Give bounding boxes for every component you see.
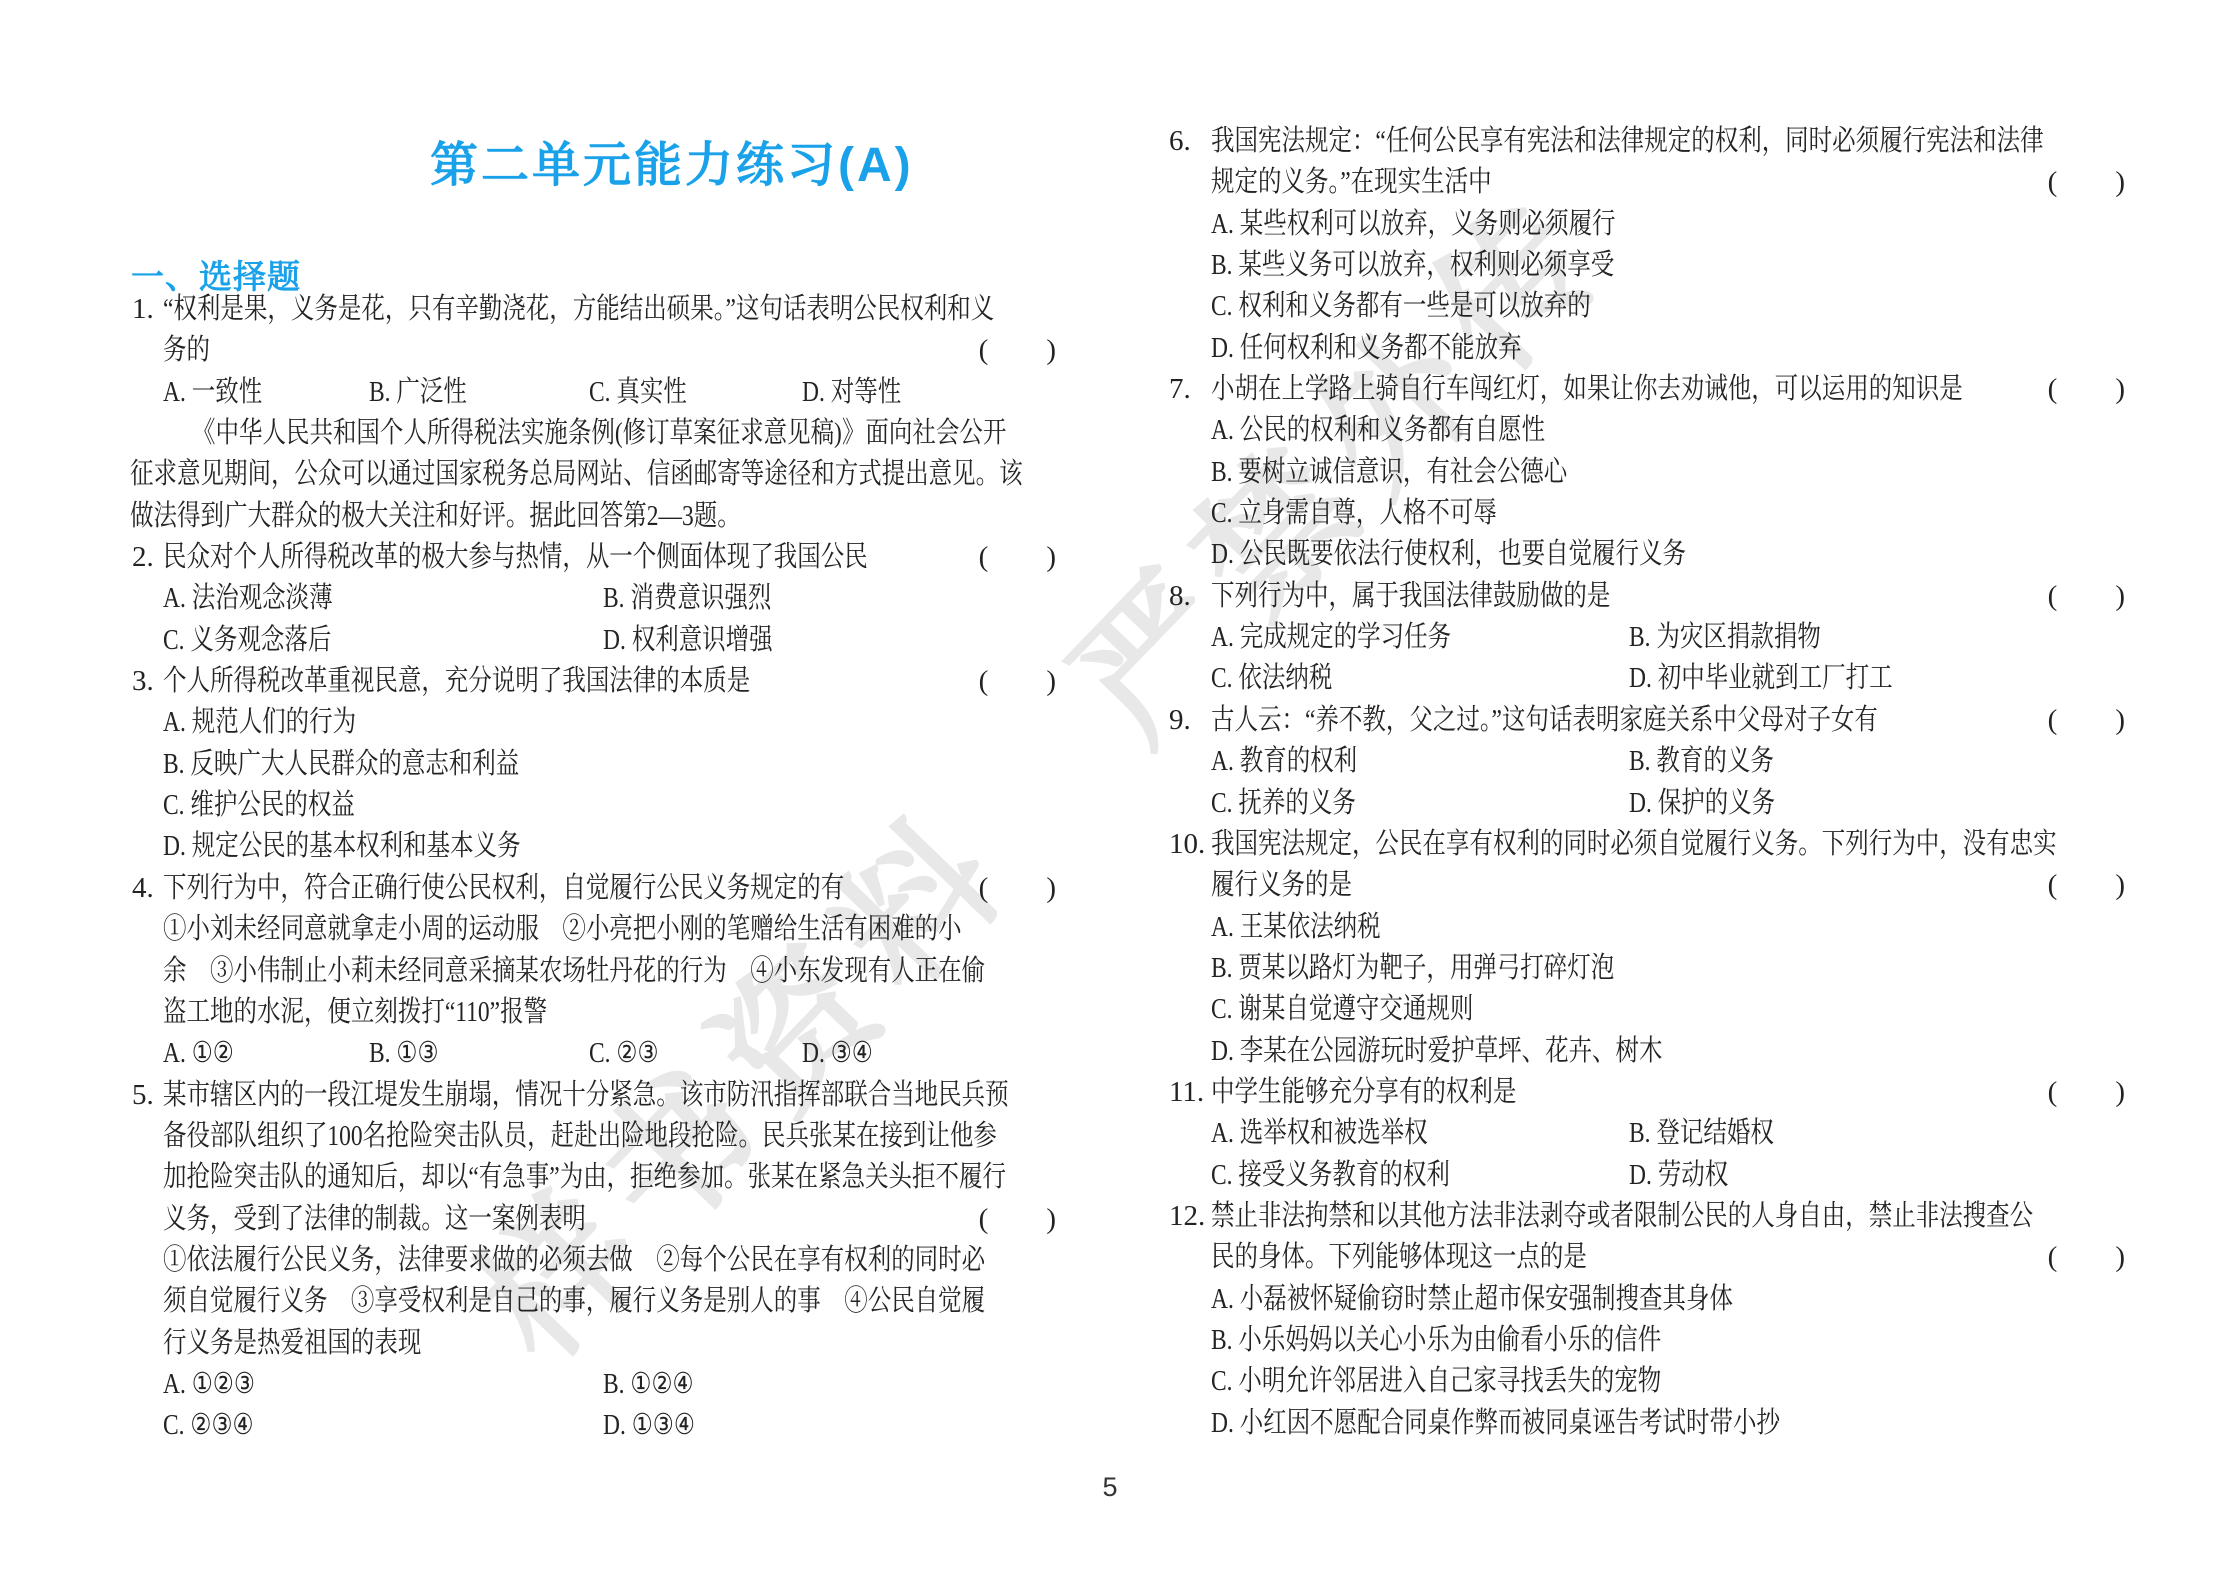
option-row: A. 某些权利可以放弃，义务则必须履行: [1167, 204, 2135, 245]
option-label: D. 规定公民的基本权利和基本义务: [163, 826, 521, 867]
line-content: 下列行为中，符合正确行使公民权利，自觉履行公民义务规定的有: [130, 868, 1066, 909]
text-line: 做法得到广大群众的极大关注和好评。据此回答第2—3题。: [130, 496, 741, 537]
option-label: A. 公民的权利和义务都有自愿性: [1211, 410, 1545, 451]
text-line: 行义务是热爱祖国的表现: [163, 1323, 421, 1364]
answer-brackets: ( ): [2048, 369, 2125, 410]
line-content: 做法得到广大群众的极大关注和好评。据此回答第2—3题。: [130, 496, 1066, 537]
line-content: B. 反映广大人民群众的意志和利益: [130, 744, 1066, 785]
question-continuation-line: ( )义务，受到了法律的制裁。这一案例表明: [130, 1199, 1066, 1240]
line-content: B. 贾某以路灯为靶子，用弹弓打碎灯泡: [1167, 948, 2135, 989]
line-content: 行义务是热爱祖国的表现: [130, 1323, 1066, 1364]
page-number: 5: [0, 1472, 2220, 1503]
question-continuation-line: ( )民的身体。下列能够体现这一点的是: [1167, 1237, 2135, 1278]
worksheet-page: { "title": "第二单元能力练习(A)", "section": "一、…: [0, 0, 2220, 1571]
question-number: 4.: [132, 868, 154, 909]
option-label: C. 维护公民的权益: [163, 785, 355, 826]
option-label: A. ①②: [163, 1033, 234, 1074]
question-continuation-line: 须自觉履行义务 ③享受权利是自己的事，履行义务是别人的事 ④公民自觉履: [130, 1281, 1066, 1322]
answer-brackets: ( ): [2048, 1072, 2125, 1113]
column-right: 6.我国宪法规定：“任何公民享有宪法和法律规定的权利，同时必须履行宪法和法律( …: [1167, 121, 2135, 1444]
options-row: C. 接受义务教育的权利D. 劳动权: [1167, 1155, 2135, 1196]
text-line: 中学生能够充分享有的权利是: [1211, 1072, 1516, 1113]
option: C. ②③: [589, 1033, 802, 1074]
options-row: C. 义务观念落后D. 权利意识增强: [130, 620, 1066, 661]
line-content: 须自觉履行义务 ③享受权利是自己的事，履行义务是别人的事 ④公民自觉履: [130, 1281, 1066, 1322]
option: C. ②③④: [163, 1405, 603, 1446]
option: B. 教育的义务: [1629, 741, 1808, 782]
text-line: 余 ③小伟制止小莉未经同意采摘某农场牡丹花的行为 ④小东发现有人正在偷: [163, 951, 985, 992]
line-content: A. 王某依法纳税: [1167, 907, 2135, 948]
answer-brackets: ( ): [2048, 700, 2125, 741]
option-label: A. 选举权和被选举权: [1211, 1113, 1428, 1154]
question-continuation-line: 盗工地的水泥，便立刻拨打“110”报警: [130, 992, 1066, 1033]
option: D. 劳动权: [1629, 1155, 1751, 1196]
option-row: C. 小明允许邻居进入自己家寻找丢失的宠物: [1167, 1361, 2135, 1402]
question-continuation-line: 行义务是热爱祖国的表现: [130, 1323, 1066, 1364]
option: D. 保护的义务: [1629, 783, 1809, 824]
option: B. ①②④: [603, 1364, 715, 1405]
line-content: ①依法履行公民义务，法律要求做的必须去做 ②每个公民在享有权利的同时必: [130, 1240, 1066, 1281]
option-row: B. 小乐妈妈以关心小乐为由偷看小乐的信件: [1167, 1320, 2135, 1361]
text-line: ①小刘未经同意就拿走小周的运动服 ②小亮把小刚的笔赠给生活有困难的小: [163, 909, 962, 950]
option: B. 广泛性: [369, 372, 589, 413]
question-number: 5.: [132, 1075, 154, 1116]
option-label: A. 某些权利可以放弃，义务则必须履行: [1211, 204, 1616, 245]
option-label: B. ①②④: [603, 1364, 694, 1405]
options-row: A. ①②③B. ①②④: [130, 1364, 1066, 1405]
line-content: 民的身体。下列能够体现这一点的是: [1167, 1237, 2135, 1278]
option-label: B. 贾某以路灯为靶子，用弹弓打碎灯泡: [1211, 948, 1614, 989]
option: A. 法治观念淡薄: [163, 578, 603, 619]
section-heading-multiple-choice: 一、选择题: [131, 251, 301, 298]
text-line: 须自觉履行义务 ③享受权利是自己的事，履行义务是别人的事 ④公民自觉履: [163, 1281, 985, 1322]
question-stem-line: ( )11.中学生能够充分享有的权利是: [1167, 1072, 2135, 1113]
option-label: C. 抚养的义务: [1211, 783, 1356, 824]
option-row: C. 谢某自觉遵守交通规则: [1167, 989, 2135, 1030]
option-row: A. 小磊被怀疑偷窃时禁止超市保安强制搜查其身体: [1167, 1279, 2135, 1320]
options-row: A. 一致性B. 广泛性C. 真实性D. 对等性: [130, 372, 1066, 413]
line-content: D. 规定公民的基本权利和基本义务: [130, 826, 1066, 867]
question-number: 10.: [1169, 824, 1205, 865]
option-label: D. 李某在公园游玩时爱护草坪、花卉、树木: [1211, 1031, 1663, 1072]
option: B. 登记结婚权: [1629, 1113, 1808, 1154]
line-content: D. 任何权利和义务都不能放弃: [1167, 328, 2135, 369]
answer-brackets: ( ): [979, 330, 1056, 371]
question-continuation-line: 余 ③小伟制止小莉未经同意采摘某农场牡丹花的行为 ④小东发现有人正在偷: [130, 951, 1066, 992]
options-row: A. 法治观念淡薄B. 消费意识强烈: [130, 578, 1066, 619]
question-number: 11.: [1169, 1072, 1204, 1113]
option-label: B. 反映广大人民群众的意志和利益: [163, 744, 519, 785]
answer-brackets: ( ): [979, 537, 1056, 578]
option-row: D. 李某在公园游玩时爱护草坪、花卉、树木: [1167, 1031, 2135, 1072]
option-label: B. 小乐妈妈以关心小乐为由偷看小乐的信件: [1211, 1320, 1661, 1361]
line-content: 务的: [130, 330, 1066, 371]
option: A. 教育的权利: [1211, 741, 1629, 782]
option-label: D. ①③④: [603, 1405, 695, 1446]
option-label: C. 真实性: [589, 372, 687, 413]
option-label: A. 完成规定的学习任务: [1211, 617, 1451, 658]
line-content: 履行义务的是: [1167, 865, 2135, 906]
option-label: B. 消费意识强烈: [603, 578, 771, 619]
text-line: 《中华人民共和国个人所得税法实施条例(修订草案征求意见稿)》面向社会公开: [192, 413, 1006, 454]
option-label: B. 要树立诚信意识，有社会公德心: [1211, 452, 1567, 493]
option-label: B. 为灾区捐款捐物: [1629, 617, 1821, 658]
option-row: A. 王某依法纳税: [1167, 907, 2135, 948]
question-stem-line: 12.禁止非法拘禁和以其他方法非法剥夺或者限制公民的人身自由，禁止非法搜查公: [1167, 1196, 2135, 1237]
option: C. 义务观念落后: [163, 620, 603, 661]
option-label: A. 一致性: [163, 372, 262, 413]
question-stem-line: ( )4.下列行为中，符合正确行使公民权利，自觉履行公民义务规定的有: [130, 868, 1066, 909]
line-content: C. 小明允许邻居进入自己家寻找丢失的宠物: [1167, 1361, 2135, 1402]
line-content: C. 立身需自尊，人格不可辱: [1167, 493, 2135, 534]
option-label: B. 广泛性: [369, 372, 467, 413]
option-label: A. 王某依法纳税: [1211, 907, 1381, 948]
line-content: 我国宪法规定，公民在享有权利的同时必须自觉履行义务。下列行为中，没有忠实: [1167, 824, 2135, 865]
option: D. 初中毕业就到工厂打工: [1629, 658, 1954, 699]
option-row: B. 反映广大人民群众的意志和利益: [130, 744, 1066, 785]
line-content: 民众对个人所得税改革的极大参与热情，从一个侧面体现了我国公民: [130, 537, 1066, 578]
option-label: C. 接受义务教育的权利: [1211, 1155, 1450, 1196]
question-stem-line: ( )8.下列行为中，属于我国法律鼓励做的是: [1167, 576, 2135, 617]
option: A. ①②③: [163, 1364, 603, 1405]
option-row: C. 维护公民的权益: [130, 785, 1066, 826]
line-content: 古人云：“养不教，父之过。”这句话表明家庭关系中父母对子女有: [1167, 700, 2135, 741]
option-label: D. ③④: [802, 1033, 873, 1074]
option-label: C. ②③: [589, 1033, 659, 1074]
text-line: ①依法履行公民义务，法律要求做的必须去做 ②每个公民在享有权利的同时必: [163, 1240, 985, 1281]
line-content: 中学生能够充分享有的权利是: [1167, 1072, 2135, 1113]
text-line: 小胡在上学路上骑自行车闯红灯，如果让你去劝诫他，可以运用的知识是: [1211, 369, 1963, 410]
line-content: 盗工地的水泥，便立刻拨打“110”报警: [130, 992, 1066, 1033]
option: A. 完成规定的学习任务: [1211, 617, 1629, 658]
option-label: D. 权利意识增强: [603, 620, 773, 661]
option-label: C. 依法纳税: [1211, 658, 1332, 699]
text-line: 务的: [163, 330, 210, 371]
answer-brackets: ( ): [979, 868, 1056, 909]
answer-brackets: ( ): [979, 661, 1056, 702]
option: A. ①②: [163, 1033, 369, 1074]
line-content: C. 谢某自觉遵守交通规则: [1167, 989, 2135, 1030]
answer-brackets: ( ): [2048, 1237, 2125, 1278]
option-label: D. 任何权利和义务都不能放弃: [1211, 328, 1522, 369]
line-content: B. 要树立诚信意识，有社会公德心: [1167, 452, 2135, 493]
answer-brackets: ( ): [2048, 576, 2125, 617]
question-number: 8.: [1169, 576, 1191, 617]
answer-brackets: ( ): [979, 1199, 1056, 1240]
option-row: D. 小红因不愿配合同桌作弊而被同桌诬告考试时带小抄: [1167, 1403, 2135, 1444]
question-continuation-line: ( )履行义务的是: [1167, 865, 2135, 906]
option-label: D. 对等性: [802, 372, 901, 413]
option-label: C. 权利和义务都有一些是可以放弃的: [1211, 286, 1591, 327]
option-label: D. 公民既要依法行使权利，也要自觉履行义务: [1211, 534, 1686, 575]
line-content: 征求意见期间，公众可以通过国家税务总局网站、信函邮寄等途径和方式提出意见。该: [130, 454, 1066, 495]
option: C. 真实性: [589, 372, 802, 413]
option-label: C. 义务观念落后: [163, 620, 331, 661]
line-content: 备役部队组织了100名抢险突击队员，赶赴出险地段抢险。民兵张某在接到让他参: [130, 1116, 1066, 1157]
passage-line: 《中华人民共和国个人所得税法实施条例(修订草案征求意见稿)》面向社会公开: [130, 413, 1066, 454]
line-content: 下列行为中，属于我国法律鼓励做的是: [1167, 576, 2135, 617]
line-content: D. 李某在公园游玩时爱护草坪、花卉、树木: [1167, 1031, 2135, 1072]
question-number: 7.: [1169, 369, 1191, 410]
option-label: A. 小磊被怀疑偷窃时禁止超市保安强制搜查其身体: [1211, 1279, 1733, 1320]
question-stem-line: 5.某市辖区内的一段江堤发生崩塌，情况十分紧急。该市防汛指挥部联合当地民兵预: [130, 1075, 1066, 1116]
page-title: 第二单元能力练习(A): [430, 126, 914, 195]
option-label: B. 某些义务可以放弃，权利则必须享受: [1211, 245, 1614, 286]
text-line: 某市辖区内的一段江堤发生崩塌，情况十分紧急。该市防汛指挥部联合当地民兵预: [163, 1075, 1009, 1116]
question-continuation-line: ( )规定的义务。”在现实生活中: [1167, 162, 2135, 203]
option-label: C. 谢某自觉遵守交通规则: [1211, 989, 1473, 1030]
line-content: 小胡在上学路上骑自行车闯红灯，如果让你去劝诫他，可以运用的知识是: [1167, 369, 2135, 410]
option-label: B. ①③: [369, 1033, 439, 1074]
text-line: 禁止非法拘禁和以其他方法非法剥夺或者限制公民的人身自由，禁止非法搜查公: [1211, 1196, 2033, 1237]
text-line: 民众对个人所得税改革的极大参与热情，从一个侧面体现了我国公民: [163, 537, 868, 578]
option: D. 权利意识增强: [603, 620, 812, 661]
passage-line: 做法得到广大群众的极大关注和好评。据此回答第2—3题。: [130, 496, 1066, 537]
option-row: C. 立身需自尊，人格不可辱: [1167, 493, 2135, 534]
line-content: C. 维护公民的权益: [130, 785, 1066, 826]
text-line: 征求意见期间，公众可以通过国家税务总局网站、信函邮寄等途径和方式提出意见。该: [130, 454, 1023, 495]
option-row: B. 某些义务可以放弃，权利则必须享受: [1167, 245, 2135, 286]
option-row: B. 要树立诚信意识，有社会公德心: [1167, 452, 2135, 493]
option: B. 消费意识强烈: [603, 578, 811, 619]
option-row: A. 规范人们的行为: [130, 702, 1066, 743]
option: D. ①③④: [603, 1405, 716, 1446]
option-label: A. ①②③: [163, 1364, 255, 1405]
option-label: C. 小明允许邻居进入自己家寻找丢失的宠物: [1211, 1361, 1661, 1402]
text-line: 加抢险突击队的通知后，却以“有急事”为由，拒绝参加。张某在紧急关头拒不履行: [163, 1157, 1006, 1198]
text-line: 下列行为中，属于我国法律鼓励做的是: [1211, 576, 1610, 617]
line-content: A. 公民的权利和义务都有自愿性: [1167, 410, 2135, 451]
text-line: 盗工地的水泥，便立刻拨打“110”报警: [163, 992, 547, 1033]
line-content: ①小刘未经同意就拿走小周的运动服 ②小亮把小刚的笔赠给生活有困难的小: [130, 909, 1066, 950]
option-label: A. 法治观念淡薄: [163, 578, 333, 619]
question-stem-line: ( )3.个人所得税改革重视民意，充分说明了我国法律的本质是: [130, 661, 1066, 702]
question-stem-line: 10.我国宪法规定，公民在享有权利的同时必须自觉履行义务。下列行为中，没有忠实: [1167, 824, 2135, 865]
question-number: 6.: [1169, 121, 1191, 162]
text-line: 备役部队组织了100名抢险突击队员，赶赴出险地段抢险。民兵张某在接到让他参: [163, 1116, 997, 1157]
line-content: 义务，受到了法律的制裁。这一案例表明: [130, 1199, 1066, 1240]
option: D. 对等性: [802, 372, 924, 413]
answer-brackets: ( ): [2048, 865, 2125, 906]
line-content: C. 权利和义务都有一些是可以放弃的: [1167, 286, 2135, 327]
option-label: D. 保护的义务: [1629, 783, 1775, 824]
line-content: D. 公民既要依法行使权利，也要自觉履行义务: [1167, 534, 2135, 575]
question-stem-line: ( )2.民众对个人所得税改革的极大参与热情，从一个侧面体现了我国公民: [130, 537, 1066, 578]
text-line: 古人云：“养不教，父之过。”这句话表明家庭关系中父母对子女有: [1211, 700, 1878, 741]
line-content: 我国宪法规定：“任何公民享有宪法和法律规定的权利，同时必须履行宪法和法律: [1167, 121, 2135, 162]
line-content: 某市辖区内的一段江堤发生崩塌，情况十分紧急。该市防汛指挥部联合当地民兵预: [130, 1075, 1066, 1116]
question-stem-line: ( )9.古人云：“养不教，父之过。”这句话表明家庭关系中父母对子女有: [1167, 700, 2135, 741]
option-label: A. 规范人们的行为: [163, 702, 356, 743]
option: C. 接受义务教育的权利: [1211, 1155, 1629, 1196]
option: C. 抚养的义务: [1211, 783, 1629, 824]
line-content: 个人所得税改革重视民意，充分说明了我国法律的本质是: [130, 661, 1066, 702]
question-number: 2.: [132, 537, 154, 578]
text-line: 个人所得税改革重视民意，充分说明了我国法律的本质是: [163, 661, 750, 702]
option-label: C. 立身需自尊，人格不可辱: [1211, 493, 1497, 534]
line-content: 余 ③小伟制止小莉未经同意采摘某农场牡丹花的行为 ④小东发现有人正在偷: [130, 951, 1066, 992]
text-line: 下列行为中，符合正确行使公民权利，自觉履行公民义务规定的有: [163, 868, 844, 909]
line-content: B. 某些义务可以放弃，权利则必须享受: [1167, 245, 2135, 286]
question-continuation-line: ①小刘未经同意就拿走小周的运动服 ②小亮把小刚的笔赠给生活有困难的小: [130, 909, 1066, 950]
option-label: D. 劳动权: [1629, 1155, 1728, 1196]
line-content: A. 某些权利可以放弃，义务则必须履行: [1167, 204, 2135, 245]
option: D. ③④: [802, 1033, 889, 1074]
option: B. 为灾区捐款捐物: [1629, 617, 1866, 658]
text-line: 我国宪法规定：“任何公民享有宪法和法律规定的权利，同时必须履行宪法和法律: [1211, 121, 2044, 162]
question-continuation-line: ( )务的: [130, 330, 1066, 371]
option: A. 选举权和被选举权: [1211, 1113, 1629, 1154]
line-content: D. 小红因不愿配合同桌作弊而被同桌诬告考试时带小抄: [1167, 1403, 2135, 1444]
option-label: C. ②③④: [163, 1405, 254, 1446]
option-row: C. 权利和义务都有一些是可以放弃的: [1167, 286, 2135, 327]
option: A. 一致性: [163, 372, 369, 413]
line-content: A. 小磊被怀疑偷窃时禁止超市保安强制搜查其身体: [1167, 1279, 2135, 1320]
text-line: 民的身体。下列能够体现这一点的是: [1211, 1237, 1587, 1278]
options-row: A. 选举权和被选举权B. 登记结婚权: [1167, 1113, 2135, 1154]
line-content: A. 规范人们的行为: [130, 702, 1066, 743]
option-label: B. 登记结婚权: [1629, 1113, 1774, 1154]
question-number: 12.: [1169, 1196, 1205, 1237]
question-continuation-line: 加抢险突击队的通知后，却以“有急事”为由，拒绝参加。张某在紧急关头拒不履行: [130, 1157, 1066, 1198]
option-label: B. 教育的义务: [1629, 741, 1774, 782]
option-label: D. 初中毕业就到工厂打工: [1629, 658, 1893, 699]
option-row: D. 任何权利和义务都不能放弃: [1167, 328, 2135, 369]
line-content: 加抢险突击队的通知后，却以“有急事”为由，拒绝参加。张某在紧急关头拒不履行: [130, 1157, 1066, 1198]
options-row: A. ①②B. ①③C. ②③D. ③④: [130, 1033, 1066, 1074]
line-content: 禁止非法拘禁和以其他方法非法剥夺或者限制公民的人身自由，禁止非法搜查公: [1167, 1196, 2135, 1237]
option-row: D. 规定公民的基本权利和基本义务: [130, 826, 1066, 867]
question-number: 3.: [132, 661, 154, 702]
question-stem-line: ( )7.小胡在上学路上骑自行车闯红灯，如果让你去劝诫他，可以运用的知识是: [1167, 369, 2135, 410]
option-row: B. 贾某以路灯为靶子，用弹弓打碎灯泡: [1167, 948, 2135, 989]
option: B. ①③: [369, 1033, 589, 1074]
text-line: 履行义务的是: [1211, 865, 1352, 906]
line-content: 规定的义务。”在现实生活中: [1167, 162, 2135, 203]
question-number: 9.: [1169, 700, 1191, 741]
passage-line: 征求意见期间，公众可以通过国家税务总局网站、信函邮寄等途径和方式提出意见。该: [130, 454, 1066, 495]
line-content: 《中华人民共和国个人所得税法实施条例(修订草案征求意见稿)》面向社会公开: [130, 413, 1066, 454]
question-continuation-line: 备役部队组织了100名抢险突击队员，赶赴出险地段抢险。民兵张某在接到让他参: [130, 1116, 1066, 1157]
options-row: C. 抚养的义务D. 保护的义务: [1167, 783, 2135, 824]
text-line: 我国宪法规定，公民在享有权利的同时必须自觉履行义务。下列行为中，没有忠实: [1211, 824, 2057, 865]
options-row: A. 完成规定的学习任务B. 为灾区捐款捐物: [1167, 617, 2135, 658]
text-line: 规定的义务。”在现实生活中: [1211, 162, 1492, 203]
options-row: C. 依法纳税D. 初中毕业就到工厂打工: [1167, 658, 2135, 699]
text-line: 义务，受到了法律的制裁。这一案例表明: [163, 1199, 586, 1240]
line-content: B. 小乐妈妈以关心小乐为由偷看小乐的信件: [1167, 1320, 2135, 1361]
option-row: A. 公民的权利和义务都有自愿性: [1167, 410, 2135, 451]
column-left: 1.“权利是果，义务是花，只有辛勤浇花，方能结出硕果。”这句话表明公民权利和义(…: [130, 289, 1066, 1447]
question-continuation-line: ①依法履行公民义务，法律要求做的必须去做 ②每个公民在享有权利的同时必: [130, 1240, 1066, 1281]
options-row: A. 教育的权利B. 教育的义务: [1167, 741, 2135, 782]
answer-brackets: ( ): [2048, 162, 2125, 203]
option-label: A. 教育的权利: [1211, 741, 1357, 782]
option: C. 依法纳税: [1211, 658, 1629, 699]
question-stem-line: 6.我国宪法规定：“任何公民享有宪法和法律规定的权利，同时必须履行宪法和法律: [1167, 121, 2135, 162]
option-row: D. 公民既要依法行使权利，也要自觉履行义务: [1167, 534, 2135, 575]
option-label: D. 小红因不愿配合同桌作弊而被同桌诬告考试时带小抄: [1211, 1403, 1780, 1444]
options-row: C. ②③④D. ①③④: [130, 1405, 1066, 1446]
